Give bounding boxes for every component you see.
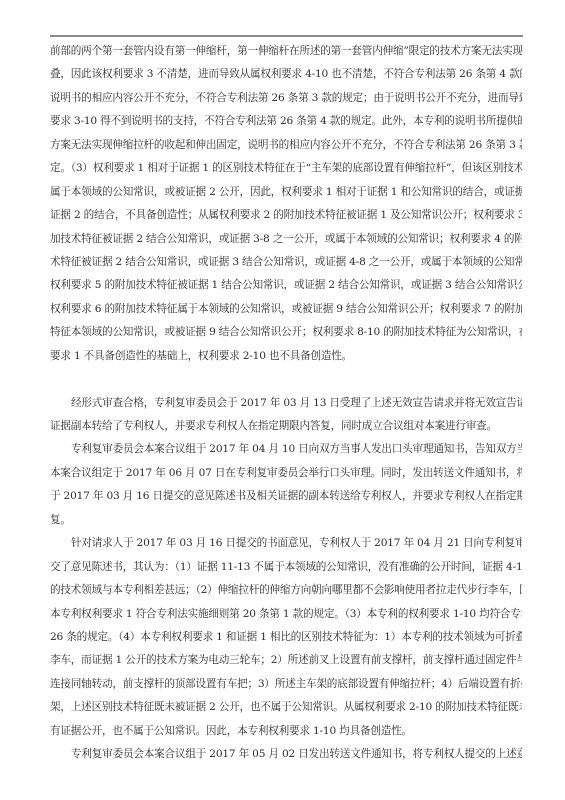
paragraph-patentee-response: 针对请求人于 2017 年 03 月 16 日提交的书面意见，专利权人于 201…: [50, 532, 522, 743]
text-line: 交了意见陈述书，其认为：（1）证据 11-13 不属于本领域的公知常识，没有准确…: [50, 556, 522, 579]
text-line: 复。: [50, 509, 522, 532]
text-line: 架，上述区别技术特征既未被证据 2 公开，也不属于公知常识。从属权利要求 2-1…: [50, 696, 522, 719]
text-line: 证据副本转给了专利权人，并要求专利权人在指定期限内答复，同时成立合议组对本案进行…: [50, 415, 522, 438]
paragraph-gap: [50, 368, 522, 391]
text-line: 权利要求 6 的附加技术特征属于本领域的公知常识，或被证据 9 结合公知常识公开…: [50, 298, 522, 321]
text-line: 定。（3）权利要求 1 相对于证据 1 的区别技术特征在于“主车架的底部设置有伸…: [50, 157, 522, 180]
paragraph-transfer-notice: 专利复审委员会本案合议组于 2017 年 05 月 02 日发出转送文件通知书，…: [50, 743, 522, 766]
text-line: 26 条的规定。（4）本专利权利要求 1 和证据 1 相比的区别技术特征为：1）…: [50, 626, 522, 649]
text-line: 连接同轴转动，前支撑杆的顶部设置有车把；3）所述主车架的底部设置有伸缩拉杆；4）…: [50, 673, 522, 696]
text-line: 李车，而证据 1 公开的技术方案为电动三轮车；2）所述前叉上设置有前支撑杆，前支…: [50, 649, 522, 672]
text-line: 加技术特征被证据 2 结合公知常识，或证据 3-8 之一公开，或属于本领域的公知…: [50, 228, 522, 251]
text-line: 权利要求 5 的附加技术特征被证据 1 结合公知常识，或证据 2 结合公知常识，…: [50, 274, 522, 297]
text-line: 证据 2 的结合，不具备创造性；从属权利要求 2 的附加技术特征被证据 1 及公…: [50, 204, 522, 227]
text-line: 有证据公开，也不属于公知常识。因此，本专利权利要求 1-10 均具备创造性。: [50, 720, 522, 743]
paragraph-formal-examination: 经形式审查合格，专利复审委员会于 2017 年 03 月 13 日受理了上述无效…: [50, 392, 522, 439]
text-line: 方案无法实现伸缩拉杆的收起和伸出固定，说明书的相应内容公开不充分，不符合专利法第…: [50, 134, 522, 157]
text-line: 本专利权利要求 1 符合专利法实施细则第 20 条第 1 款的规定。（3）本专利…: [50, 603, 522, 626]
text-line: 专利复审委员会本案合议组于 2017 年 04 月 10 日向双方当事人发出口头…: [50, 438, 522, 461]
text-line: 本案合议组定于 2017 年 06 月 07 日在专利复审委员会举行口头审理。同…: [50, 462, 522, 485]
paragraph-claims-analysis: 前部的两个第一套管内设有第一伸缩杆，第一伸缩杆在所述的第一套管内伸缩”限定的技术…: [50, 40, 522, 368]
text-line: 叠，因此该权利要求 3 不清楚，进而导致从属权利要求 4-10 也不清楚，不符合…: [50, 63, 522, 86]
text-line: 前部的两个第一套管内设有第一伸缩杆，第一伸缩杆在所述的第一套管内伸缩”限定的技术…: [50, 40, 522, 63]
paragraph-oral-hearing-notice: 专利复审委员会本案合议组于 2017 年 04 月 10 日向双方当事人发出口头…: [50, 438, 522, 532]
text-line: 说明书的相应内容公开不充分，不符合专利法第 26 条第 3 款的规定；由于说明书…: [50, 87, 522, 110]
text-line: 的技术领域与本专利相差甚远；（2）伸缩拉杆的伸缩方向朝向哪里都不会影响使用者拉走…: [50, 579, 522, 602]
text-line: 特征本领域的公知常识，或被证据 9 结合公知常识公开；权利要求 8-10 的附加…: [50, 321, 522, 344]
text-line: 专利复审委员会本案合议组于 2017 年 05 月 02 日发出转送文件通知书，…: [50, 743, 522, 766]
header-rule: [50, 35, 523, 37]
text-line: 要求 1 不具备创造性的基础上，权利要求 2-10 也不具备创造性。: [50, 345, 522, 368]
text-line: 经形式审查合格，专利复审委员会于 2017 年 03 月 13 日受理了上述无效…: [50, 392, 522, 415]
document-page: 前部的两个第一套管内设有第一伸缩杆，第一伸缩杆在所述的第一套管内伸缩”限定的技术…: [50, 40, 522, 767]
text-line: 术特征被证据 2 结合公知常识，或证据 3 结合公知常识，或证据 4-8 之一公…: [50, 251, 522, 274]
text-line: 于 2017 年 03 月 16 日提交的意见陈述书及相关证据的副本转送给专利权…: [50, 485, 522, 508]
text-line: 属于本领域的公知常识，或被证据 2 公开，因此，权利要求 1 相对于证据 1 和…: [50, 181, 522, 204]
text-line: 要求 3-10 得不到说明书的支持，不符合专利法第 26 条第 4 款的规定。此…: [50, 110, 522, 133]
text-line: 针对请求人于 2017 年 03 月 16 日提交的书面意见，专利权人于 201…: [50, 532, 522, 555]
